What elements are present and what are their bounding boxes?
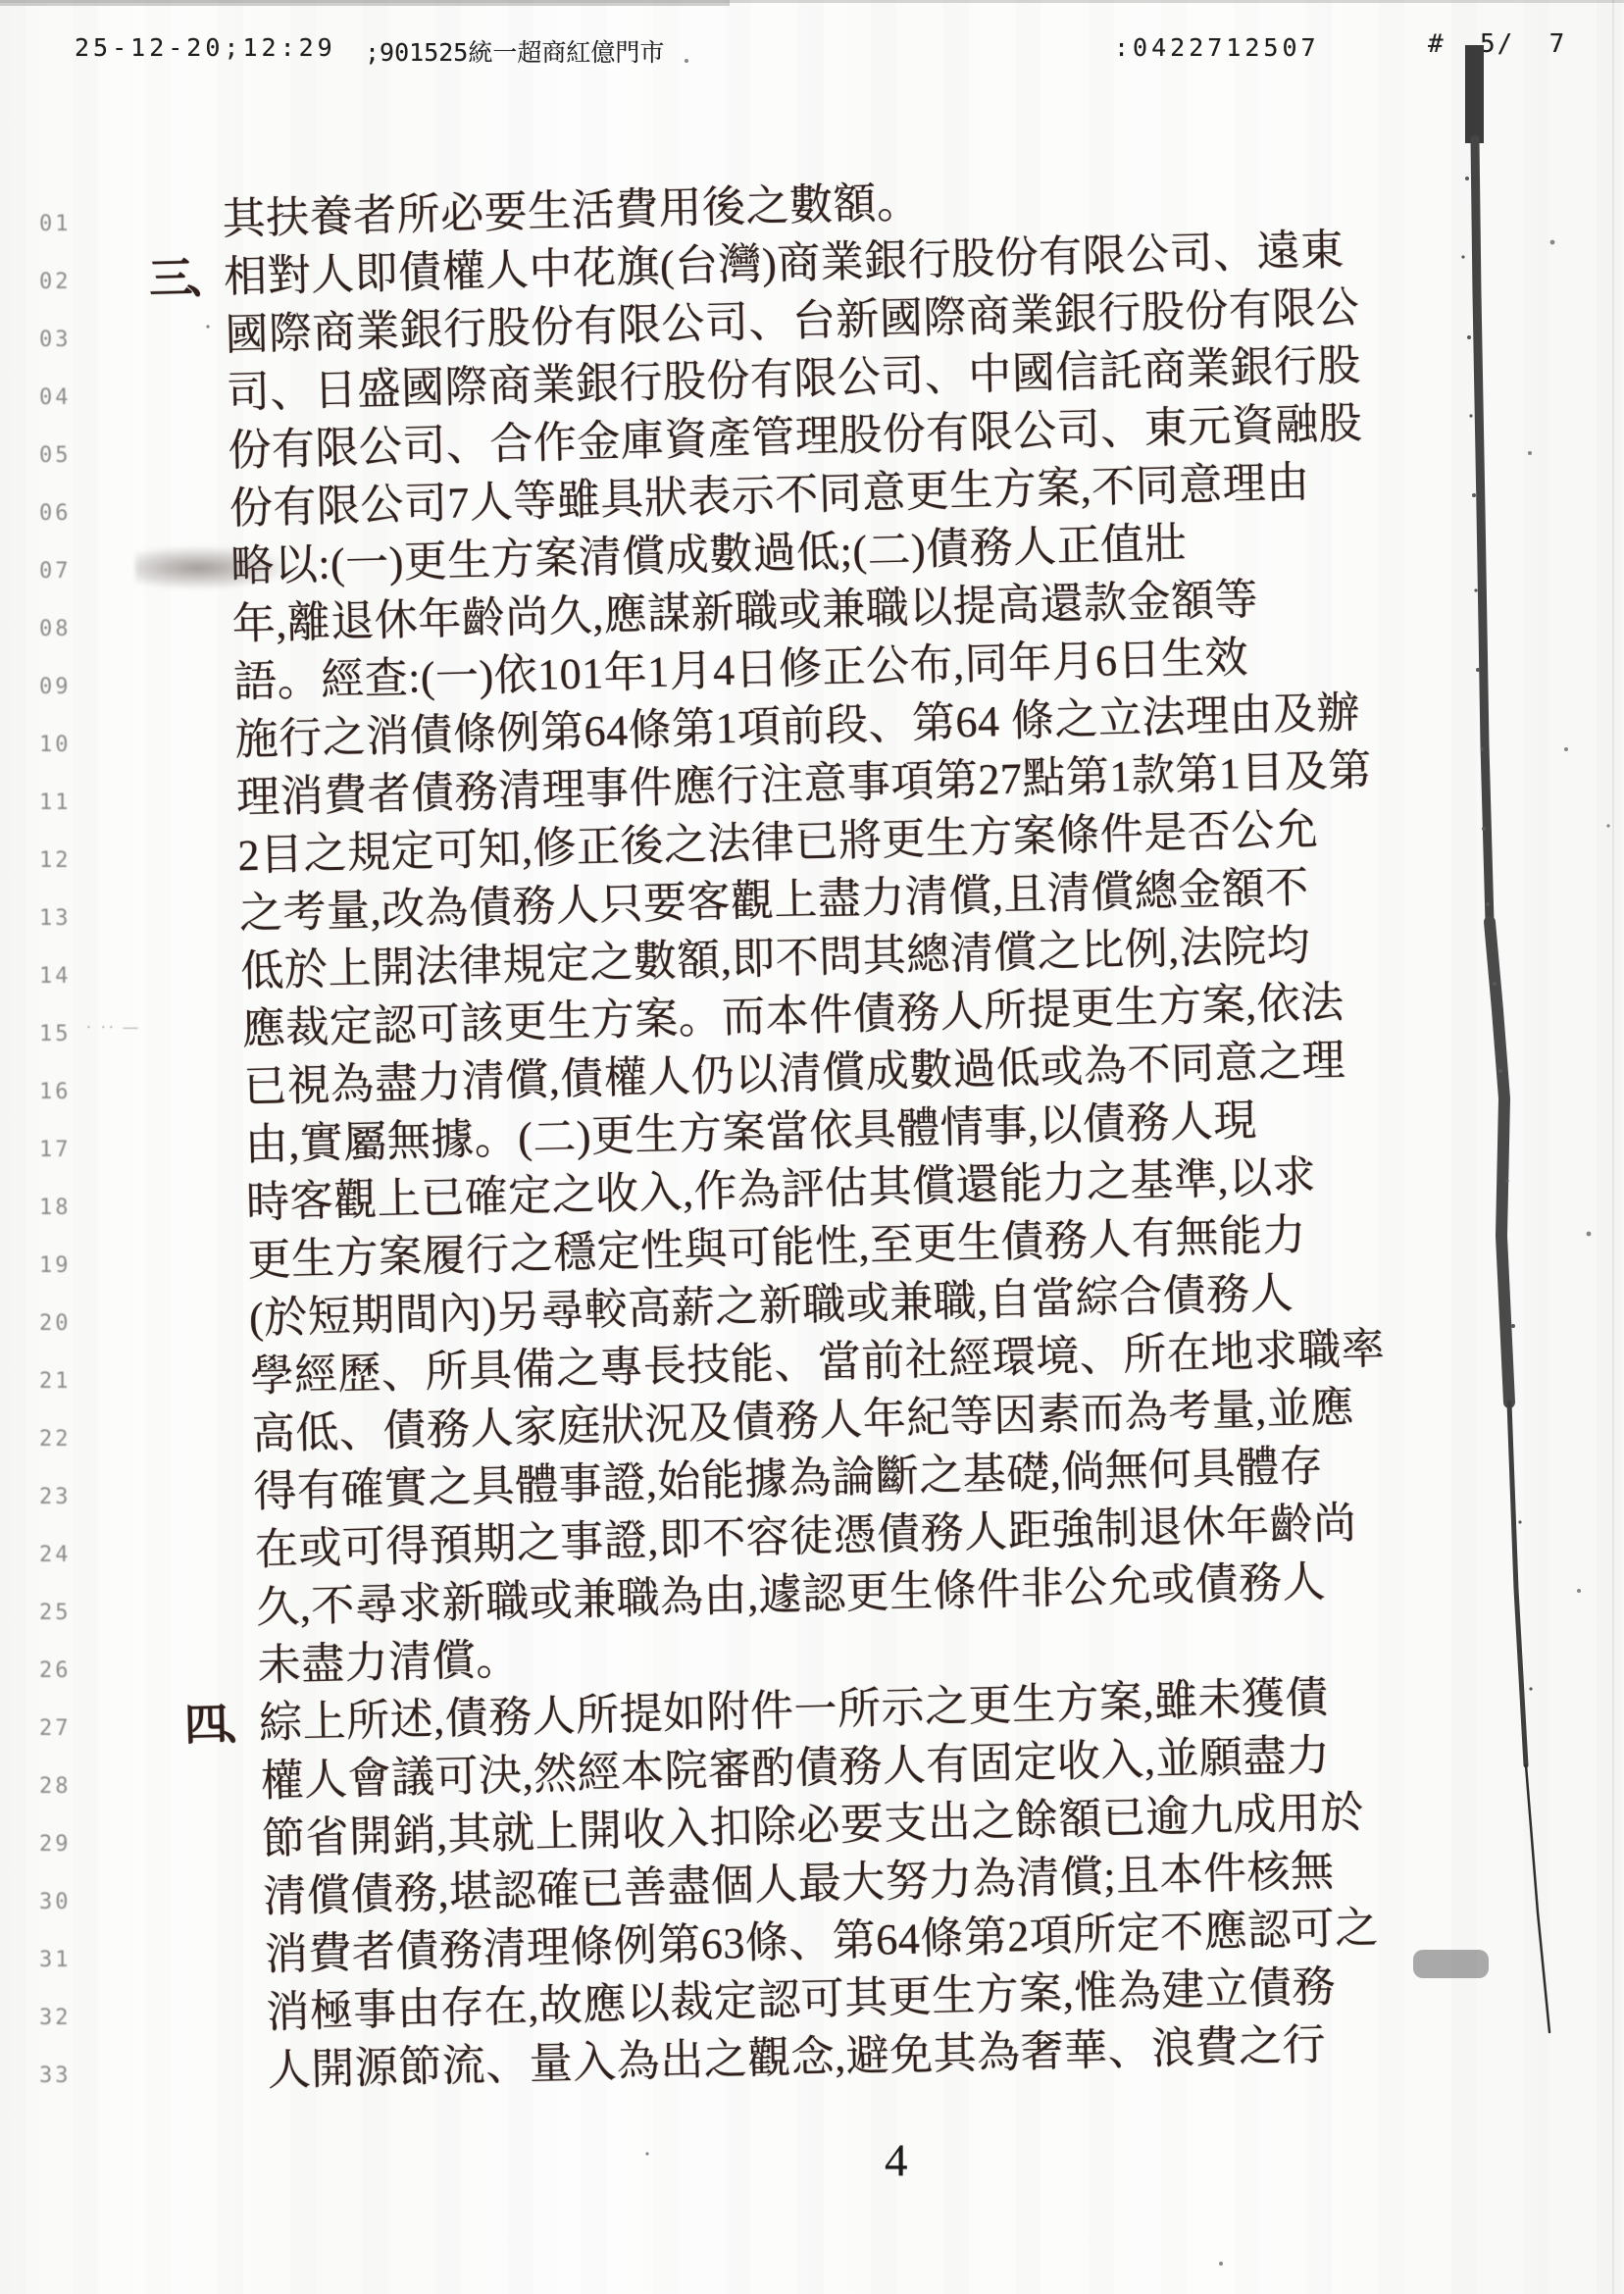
fax-header: 25-12-20;12:29 ;901525統一超商紅億門市 :04227125…	[0, 0, 1624, 78]
line-number: 11	[39, 774, 98, 832]
line-number: 22	[39, 1410, 98, 1468]
margin-marks: · ·· —	[86, 1020, 155, 1037]
line-text: 未盡力清償。	[257, 1635, 520, 1690]
line-number-column: 0102030405060708091011121314151617181920…	[39, 195, 98, 2105]
line-number: 08	[39, 600, 98, 658]
line-number: 03	[39, 311, 98, 369]
scan-right-edge	[1612, 0, 1614, 2294]
line-number: 29	[39, 1815, 98, 1873]
line-number: 02	[39, 253, 98, 311]
line-number: 23	[39, 1468, 98, 1526]
line-number: 32	[39, 1989, 98, 2047]
line-number: 21	[39, 1352, 98, 1410]
line-number: 16	[39, 1063, 98, 1121]
fax-remote-number: :0422712507	[1114, 33, 1320, 62]
line-number: 01	[39, 195, 98, 253]
line-number: 07	[39, 542, 98, 600]
line-number: 17	[39, 1121, 98, 1179]
scanned-fax-page: 25-12-20;12:29 ;901525統一超商紅億門市 :04227125…	[0, 0, 1624, 2294]
fax-sender-id: ;901525統一超商紅億門市	[365, 33, 664, 69]
line-number: 14	[39, 947, 98, 1005]
line-number: 04	[39, 369, 98, 427]
line-number: 24	[39, 1526, 98, 1584]
fax-page-indicator: # 5/ 7	[1428, 29, 1566, 59]
line-number: 20	[39, 1295, 98, 1352]
document-text-block: 其扶養者所必要生活費用後之數額。三、相對人即債權人中花旗(台灣)商業銀行股份有限…	[147, 158, 1596, 2101]
section-label: 三、	[148, 248, 224, 308]
line-number: 09	[39, 658, 98, 716]
line-number: 05	[39, 427, 98, 484]
line-number: 26	[39, 1642, 98, 1700]
line-number: 19	[39, 1237, 98, 1295]
line-number: 18	[39, 1179, 98, 1237]
line-number: 31	[39, 1931, 98, 1989]
fax-timestamp: 25-12-20;12:29	[75, 33, 336, 62]
line-number: 30	[39, 1873, 98, 1931]
line-number: 27	[39, 1700, 98, 1758]
line-number: 06	[39, 484, 98, 542]
line-number: 12	[39, 832, 98, 890]
line-number: 13	[39, 890, 98, 947]
page-number: 4	[885, 2134, 908, 2187]
toner-smudge	[135, 545, 292, 590]
line-number: 28	[39, 1758, 98, 1815]
line-number: 33	[39, 2047, 98, 2105]
line-number: 10	[39, 716, 98, 774]
gray-rounded-marker	[1413, 1950, 1489, 1978]
line-number: 25	[39, 1584, 98, 1642]
section-label: 四、	[183, 1695, 259, 1755]
